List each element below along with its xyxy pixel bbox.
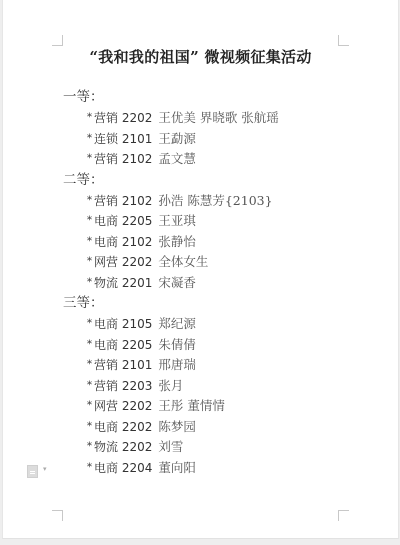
list-item: *网营 2202全体女生 [63, 252, 279, 273]
class-name: 营销 2203 [94, 379, 152, 393]
bullet: * [87, 195, 92, 206]
class-name: 电商 2202 [94, 420, 152, 434]
bullet: * [87, 318, 92, 329]
student-names: 张月 [158, 378, 183, 393]
class-name: 营销 2102 [94, 152, 152, 166]
crop-mark-top-left [52, 35, 63, 46]
student-names: 刘雪 [158, 439, 183, 454]
crop-mark-bottom-left [52, 510, 63, 521]
document-page: “我和我的祖国” 微视频征集活动 一等： *营销 2202王优美 界晓歌 张航瑶… [2, 0, 399, 539]
award-list: 一等： *营销 2202王优美 界晓歌 张航瑶 *连锁 2101王勐源 *营销 … [63, 87, 279, 478]
bullet: * [87, 215, 92, 226]
list-item: *电商 2202陈梦园 [63, 417, 279, 438]
bullet: * [87, 441, 92, 452]
student-names: 邢唐瑞 [158, 357, 196, 372]
bullet: * [87, 133, 92, 144]
class-name: 电商 2102 [94, 235, 152, 249]
student-names: 张静怡 [158, 234, 196, 249]
award-level-third: 三等： [63, 293, 279, 314]
bullet: * [87, 400, 92, 411]
bullet: * [87, 359, 92, 370]
student-names: 王彤 董情情 [158, 398, 224, 413]
class-name: 电商 2205 [94, 214, 152, 228]
chevron-down-icon[interactable]: ▾ [43, 465, 47, 473]
list-item: *电商 2205朱倩倩 [63, 335, 279, 356]
student-names: 陈梦园 [158, 419, 196, 434]
class-name: 电商 2105 [94, 317, 152, 331]
bullet: * [87, 112, 92, 123]
award-level-second: 二等： [63, 170, 279, 191]
list-item: *连锁 2101王勐源 [63, 129, 279, 150]
bullet: * [87, 462, 92, 473]
document-title: “我和我的祖国” 微视频征集活动 [3, 46, 398, 67]
student-names: 孟文慧 [158, 151, 196, 166]
class-name: 物流 2202 [94, 440, 152, 454]
class-name: 电商 2205 [94, 338, 152, 352]
list-item: *电商 2205王亚琪 [63, 211, 279, 232]
student-names: 郑纪源 [158, 316, 196, 331]
class-name: 连锁 2101 [94, 132, 152, 146]
class-name: 电商 2204 [94, 461, 152, 475]
list-item: *物流 2201宋凝香 [63, 273, 279, 294]
class-name: 网营 2202 [94, 255, 152, 269]
bullet: * [87, 380, 92, 391]
list-item: *物流 2202刘雪 [63, 437, 279, 458]
list-item: *网营 2202王彤 董情情 [63, 396, 279, 417]
list-item: *营销 2101邢唐瑞 [63, 355, 279, 376]
award-level-first: 一等： [63, 87, 279, 108]
class-name: 营销 2202 [94, 111, 152, 125]
bullet: * [87, 153, 92, 164]
student-names: 董向阳 [158, 460, 196, 475]
paste-options-icon[interactable] [27, 465, 38, 478]
bullet: * [87, 339, 92, 350]
class-name: 营销 2102 [94, 194, 152, 208]
list-item: *电商 2105郑纪源 [63, 314, 279, 335]
student-names: 全体女生 [158, 254, 208, 269]
class-name: 网营 2202 [94, 399, 152, 413]
list-item: *营销 2102孟文慧 [63, 149, 279, 170]
list-item: *营销 2202王优美 界晓歌 张航瑶 [63, 108, 279, 129]
list-item: *营销 2203张月 [63, 376, 279, 397]
student-names: 朱倩倩 [158, 337, 196, 352]
crop-mark-bottom-right [338, 510, 349, 521]
list-item: *电商 2102张静怡 [63, 232, 279, 253]
bullet: * [87, 421, 92, 432]
bullet: * [87, 277, 92, 288]
bullet: * [87, 256, 92, 267]
student-names: 孙浩 陈慧芳{2103} [158, 193, 272, 208]
student-names: 王亚琪 [158, 213, 196, 228]
student-names: 王优美 界晓歌 张航瑶 [158, 110, 278, 125]
student-names: 宋凝香 [158, 275, 196, 290]
class-name: 物流 2201 [94, 276, 152, 290]
list-item: *电商 2204董向阳 [63, 458, 279, 479]
crop-mark-top-right [338, 35, 349, 46]
bullet: * [87, 236, 92, 247]
class-name: 营销 2101 [94, 358, 152, 372]
list-item: *营销 2102孙浩 陈慧芳{2103} [63, 191, 279, 212]
student-names: 王勐源 [158, 131, 196, 146]
